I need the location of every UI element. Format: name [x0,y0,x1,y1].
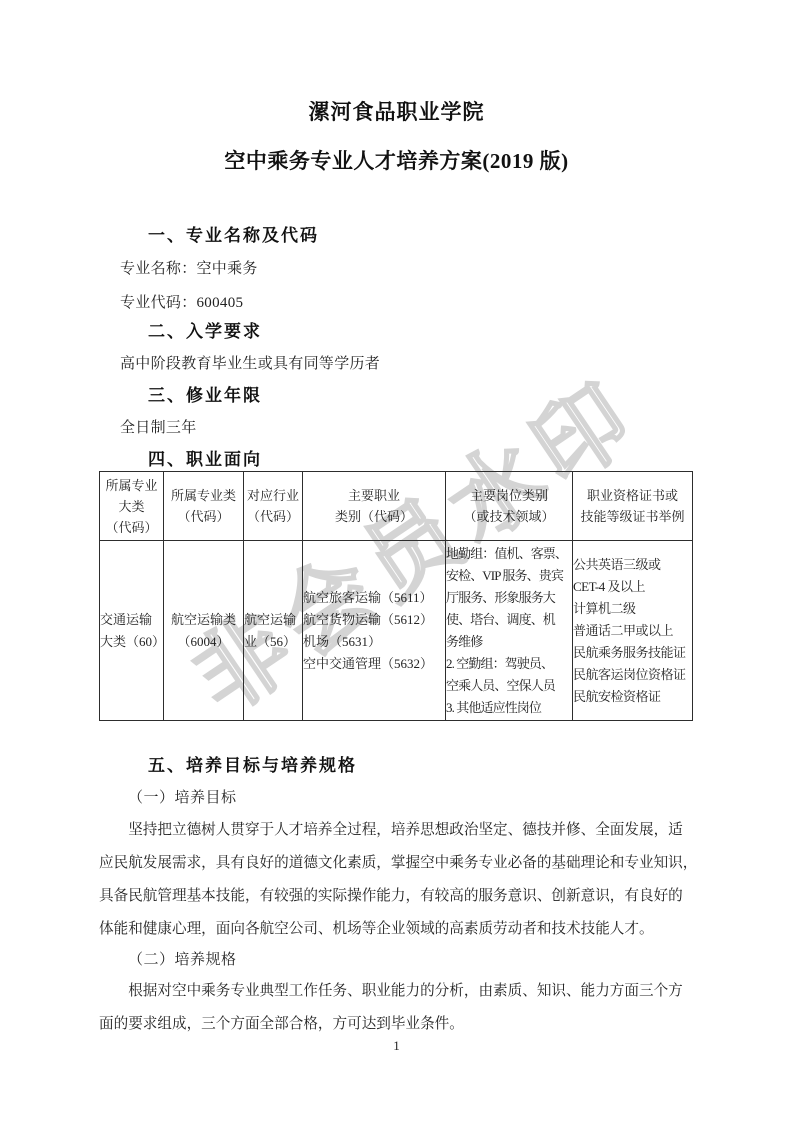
header-post-class: 主要岗位类别 （或技术领域） [446,472,573,541]
cell-major-category: 交通运输 大类（60） [100,541,164,721]
training-spec-paragraph: 根据对空中乘务专业典型工作任务、职业能力的分析，由素质、知识、能力方面三个方 面… [99,975,699,1041]
document-title: 漯河食品职业学院 [0,98,793,126]
table-row: 交通运输 大类（60） 航空运输类 （6004） 航空运输 业（56） 航空旅客… [100,541,693,721]
subheading-training-objective: （一）培养目标 [128,789,237,807]
major-code-line: 专业代码：600405 [120,294,243,312]
cell-occupation-class: 航空旅客运输（5611） 航空货物运输（5612） 机场（5631） 空中交通管… [303,541,446,721]
section-heading-5: 五、培养目标与培养规格 [148,756,357,776]
header-industry: 对应行业 （代码） [244,472,303,541]
cell-post-class: 地勤组：值机、客票、 安检、VIP 服务、贵宾 厅服务、形象服务大 使、塔台、调… [446,541,573,721]
section-heading-2: 二、入学要求 [148,322,262,342]
cell-major-class: 航空运输类 （6004） [164,541,244,721]
header-occupation-class: 主要职业 类别（代码） [303,472,446,541]
page-number: 1 [0,1038,793,1054]
header-certificates: 职业资格证书或 技能等级证书举例 [573,472,693,541]
training-objective-paragraph: 坚持把立德树人贯穿于人才培养全过程，培养思想政治坚定、德技并修、全面发展，适 应… [99,814,699,946]
document-subtitle: 空中乘务专业人才培养方案(2019 版) [0,146,793,176]
header-major-class: 所属专业类 （代码） [164,472,244,541]
header-major-category: 所属专业 大类 （代码） [100,472,164,541]
section-heading-3: 三、修业年限 [148,386,262,406]
section-heading-1: 一、专业名称及代码 [148,226,319,246]
study-duration-line: 全日制三年 [120,419,197,437]
career-orientation-table: 所属专业 大类 （代码） 所属专业类 （代码） 对应行业 （代码） 主要职业 类… [99,471,693,721]
cell-certificates: 公共英语三级或 CET-4 及以上 计算机二级 普通话二甲或以上 民航乘务服务技… [573,541,693,721]
section-heading-4: 四、职业面向 [148,450,262,470]
cell-industry: 航空运输 业（56） [244,541,303,721]
major-name-line: 专业名称：空中乘务 [120,260,258,278]
table-header-row: 所属专业 大类 （代码） 所属专业类 （代码） 对应行业 （代码） 主要职业 类… [100,472,693,541]
subheading-training-spec: （二）培养规格 [128,951,237,969]
admission-requirement-line: 高中阶段教育毕业生或具有同等学历者 [120,355,380,373]
